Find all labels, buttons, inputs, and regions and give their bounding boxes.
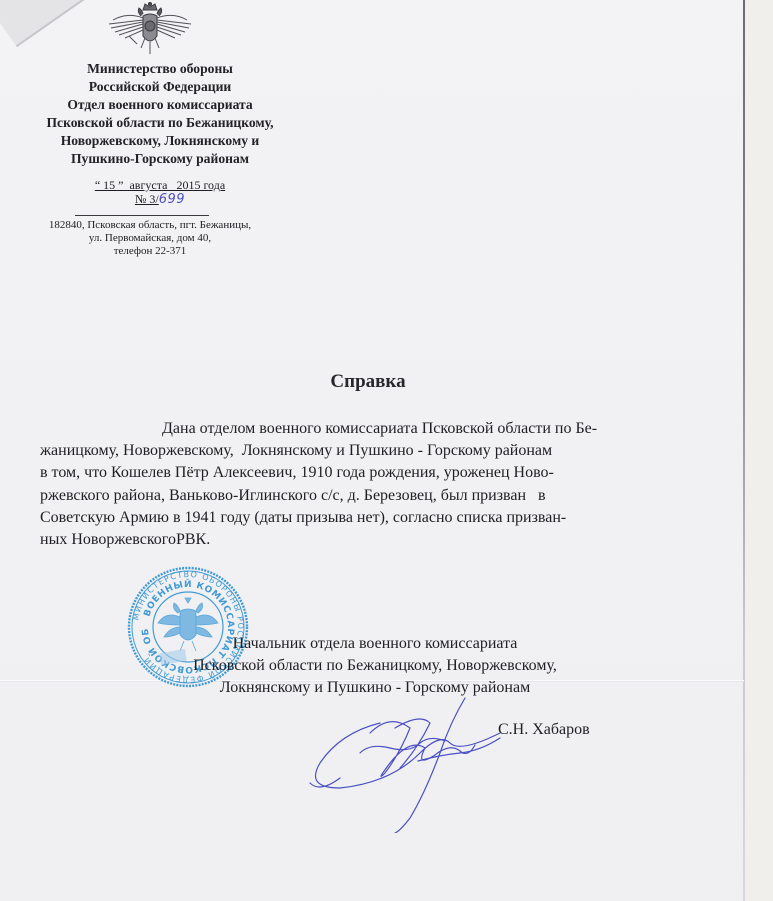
body-line: ных НоворжевскогоРВК.: [40, 529, 660, 551]
body-line: в том, что Кошелев Пётр Алексеевич, 1910…: [40, 462, 660, 484]
address-divider: [75, 215, 209, 216]
signatory-title-line: Псковской области по Бежаницкому, Новорж…: [150, 655, 600, 677]
double-headed-eagle-icon: [107, 2, 193, 56]
address-line: телефон 22-371: [30, 245, 270, 258]
body-line: ржевского района, Ваньково-Иглинского с/…: [40, 485, 660, 507]
header-line: Пушкино-Горскому районам: [30, 150, 290, 168]
signatory-title-line: Начальник отдела военного комиссариата: [150, 633, 600, 655]
header-line: Отдел военного комиссариата: [30, 96, 290, 114]
paper-edge-strip: [745, 0, 773, 901]
address-line: ул. Первомайская, дом 40,: [30, 232, 270, 245]
address-line: 182840, Псковская область, пгт. Бежаницы…: [30, 219, 270, 232]
body-line: Советскую Армию в 1941 году (даты призыв…: [40, 507, 660, 529]
date-block: “ 15 ” августа 2015 года № 3/699: [40, 178, 280, 207]
certificate-body: Дана отделом военного комиссариата Псков…: [40, 418, 660, 551]
issue-date: “ 15 ” августа 2015 года: [40, 178, 280, 192]
issuer-header: Министерство обороны Российской Федераци…: [30, 60, 290, 168]
header-line: Новоржевскому, Локнянскому и: [30, 132, 290, 150]
vertical-fold-line: [743, 0, 745, 901]
address-block: 182840, Псковская область, пгт. Бежаницы…: [30, 219, 270, 258]
signature-block: Начальник отдела военного комиссариата П…: [150, 633, 600, 699]
document-title: Справка: [300, 371, 436, 393]
document-number-prefix: № 3/: [135, 192, 159, 206]
header-line: Псковской области по Бежаницкому,: [30, 114, 290, 132]
body-line: Дана отделом военного комиссариата Псков…: [40, 418, 660, 440]
header-line: Министерство обороны: [30, 60, 290, 78]
document-number-handwritten: 699: [159, 192, 185, 207]
header-line: Российской Федерации: [30, 78, 290, 96]
handwritten-signature-icon: [300, 693, 530, 833]
body-line: жаницкому, Новоржевскому, Локнянскому и …: [40, 440, 660, 462]
